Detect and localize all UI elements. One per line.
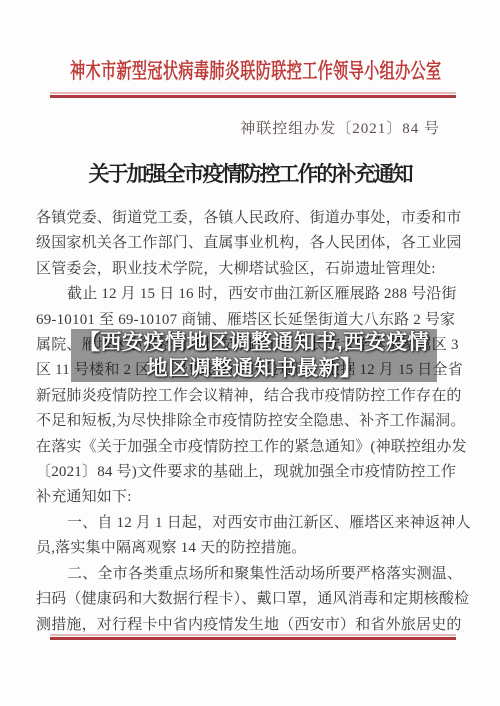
body-line: 新冠肺炎疫情防控工作会议精神，结合我市疫情防控工作存在的: [36, 384, 466, 409]
document-title: 关于加强全市疫情防控工作的补充通知: [0, 158, 500, 188]
body-line: 不足和短板,为尽快排除全市疫情防控安全隐患、补齐工作漏洞。: [36, 409, 466, 434]
body-line: 级国家机关各工作部门、直属事业机构，各人民团体，各工业园: [36, 231, 466, 256]
body-line: 〔2021〕84 号)文件要求的基础上，现就加强全市疫情防控工作: [36, 460, 466, 485]
body-line: 一、自 12 月 1 日起，对西安市曲江新区、雁塔区来神返神人: [36, 511, 466, 536]
watermark-text-line1: 【西安疫情地区调整通知书,西安疫情: [79, 330, 429, 356]
body-line: 二、全市各类重点场所和聚集性活动场所要严格落实测温、: [36, 562, 466, 587]
body-line: 区管委会，职业技术学院，大柳塔试验区，石峁遗址管理处:: [36, 257, 466, 282]
body-line: 各镇党委、街道党工委，各镇人民政府、街道办事处，市委和市: [36, 206, 466, 231]
watermark-text-line2: 地区调整通知书最新】: [147, 356, 362, 382]
issuing-office-title: 神木市新型冠状病毒肺炎联防联控工作领导小组办公室: [70, 55, 430, 85]
body-line: 扫码（健康码和大数据行程卡）、戴口罩，通风消毒和定期核酸检: [36, 587, 466, 612]
watermark-overlay: 【西安疫情地区调整通知书,西安疫情 地区调整通知书最新】: [71, 329, 437, 382]
header-divider-dark-line: [50, 95, 456, 98]
document-body: 各镇党委、街道党工委，各镇人民政府、街道办事处，市委和市级国家机关各工作部门、直…: [36, 206, 466, 638]
document-page: 神木市新型冠状病毒肺炎联防联控工作领导小组办公室 神联控组办发〔2021〕84 …: [0, 0, 500, 706]
body-line: 补充通知如下:: [36, 485, 466, 510]
body-line: 员,落实集中隔离观察 14 天的防控措施。: [36, 536, 466, 561]
body-line: 截止 12 月 15 日 16 时，西安市曲江新区雁展路 288 号沿街: [36, 282, 466, 307]
footer-divider-dark-line: [50, 637, 456, 640]
body-line: 在落实《关于加强全市疫情防控工作的紧急通知》(神联控组办发: [36, 435, 466, 460]
document-number: 神联控组办发〔2021〕84 号: [0, 117, 440, 138]
footer-divider-rule: [50, 634, 456, 640]
header-divider-rule: [50, 92, 456, 98]
